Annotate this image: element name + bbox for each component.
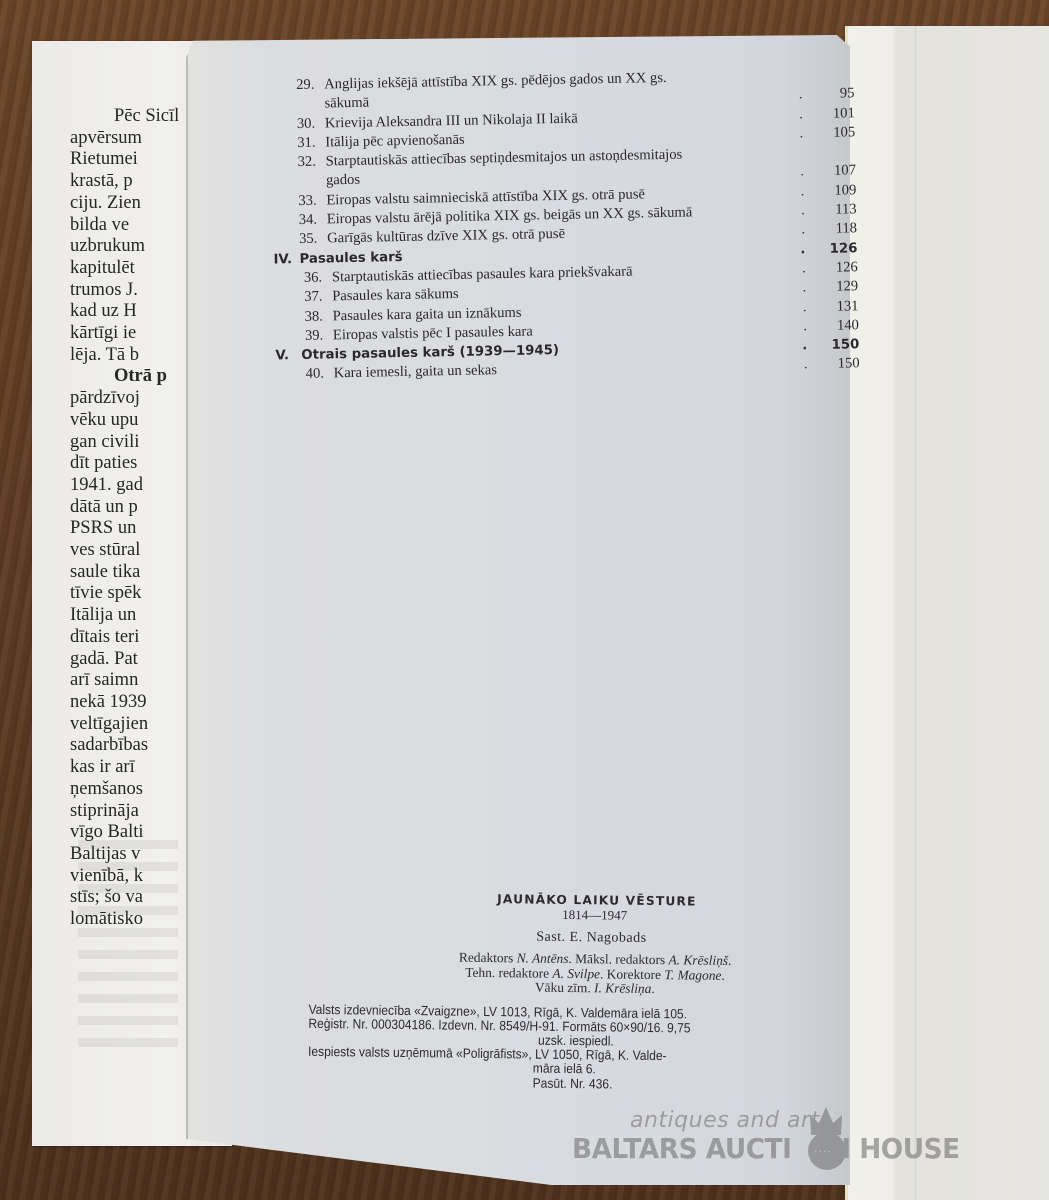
- left-page-line: vienībā, k: [70, 866, 190, 888]
- left-page-line: ves stūral: [70, 540, 190, 562]
- left-page-line: ciju. Zien: [70, 193, 190, 215]
- toc-leader-dots: .: [801, 220, 823, 240]
- left-page-line: Rietumei: [70, 149, 190, 171]
- left-page-line: kārtīgi ie: [70, 323, 190, 345]
- left-page-line: tīvie spēk: [70, 583, 190, 605]
- toc-page-number: 113: [826, 200, 856, 220]
- left-page-line: Baltijas v: [70, 844, 190, 866]
- left-page-line: saule tika: [70, 562, 190, 584]
- left-page-line: vēku upu: [70, 410, 190, 432]
- toc-page-number: 126: [828, 258, 858, 278]
- left-page-line: stīs; šo va: [70, 887, 190, 909]
- toc-leader-dots: .: [801, 201, 823, 221]
- publisher-info: Valsts izdevniecība «Zvaigzne», LV 1013,…: [308, 1002, 845, 1094]
- watermark-brand: BALTARS AUCTIN HOUSE: [572, 1132, 960, 1165]
- toc-entry-number: IV.: [273, 250, 299, 270]
- left-page-line: dīt paties: [70, 453, 190, 475]
- left-page-line: nekā 1939: [70, 692, 190, 714]
- left-page-line: 1941. gad: [70, 475, 190, 497]
- left-page-line: PSRS un: [70, 518, 190, 540]
- toc-page-number: 105: [825, 123, 855, 143]
- toc-leader-dots: .: [800, 162, 822, 182]
- toc-entry-title: Garīgās kultūras dzīve XIX gs. otrā pusē: [327, 226, 565, 247]
- toc-leader-dots: .: [803, 297, 825, 317]
- toc-entry-number: 34.: [299, 211, 327, 231]
- toc-entry-title: Itālija pēc apvienošanās: [325, 132, 465, 151]
- toc-leader-dots: .: [802, 336, 825, 356]
- toc-page-number: 129: [828, 278, 858, 298]
- toc-entry-number: 33.: [298, 191, 326, 211]
- auction-house-watermark: antiques and art BALTARS AUCTIN HOUSE: [572, 1105, 972, 1175]
- toc-page-number: 126: [827, 239, 857, 259]
- toc-page-number: 131: [828, 297, 858, 317]
- left-page-line: krastā, p: [70, 171, 190, 193]
- toc-entry-title: Otrais pasaules karš (1939—1945): [301, 343, 559, 363]
- imprint-block: JAUNĀKO LAIKU VĒSTURE 1814—1947 Sast. E.…: [298, 890, 840, 1094]
- toc-entry-title: Pasaules kara gaita un iznākums: [332, 304, 521, 324]
- left-page-line: pārdzīvoj: [70, 388, 190, 410]
- left-page-line: uzbrukum: [70, 236, 190, 258]
- cover-fold: [914, 26, 918, 1200]
- toc-entry-number: 32.: [297, 153, 325, 173]
- editorial-credits: Redaktors N. Antēns. Māksl. redaktors A.…: [351, 949, 839, 998]
- left-page-line: vīgo Balti: [70, 822, 190, 844]
- toc-page-number: 150: [829, 335, 859, 355]
- toc-leader-dots: .: [803, 317, 825, 337]
- left-page-line: arī saimn: [70, 670, 190, 692]
- toc-entry-title: Kara iemesli, gaita un sekas: [334, 363, 498, 382]
- toc-leader-dots: .: [804, 355, 826, 375]
- toc-page-number: 95: [824, 85, 854, 105]
- left-page-line: dātā un p: [70, 497, 190, 519]
- toc-leader-dots: .: [799, 105, 821, 125]
- toc-page-number: 107: [826, 162, 856, 182]
- left-page-line: kad uz H: [70, 301, 190, 323]
- toc-page-number: 140: [829, 316, 859, 336]
- toc-entry-title: Krievija Aleksandra III un Nikolaja II l…: [325, 110, 578, 131]
- left-page-line: Pēc Sicīl: [70, 106, 190, 128]
- table-of-contents: 29.Anglijas iekšējā attīstība XIX gs. pē…: [296, 65, 858, 384]
- toc-leader-dots: .: [799, 85, 821, 105]
- toc-page-number: 150: [829, 355, 859, 375]
- toc-entry-number: 36.: [304, 268, 332, 288]
- left-page-text: Pēc SicīlapvērsumRietumeikrastā, pciju. …: [70, 106, 190, 931]
- left-page-line: ņemšanos: [70, 779, 190, 801]
- watermark-tagline: antiques and art: [630, 1108, 820, 1133]
- toc-entry-number: 40.: [306, 365, 334, 385]
- left-page-line: apvērsum: [70, 128, 190, 150]
- left-page-line: dītais teri: [70, 627, 190, 649]
- toc-entry-title: Pasaules karš: [299, 250, 402, 267]
- page-edge: [186, 55, 188, 1145]
- toc-leader-dots: .: [802, 259, 824, 279]
- toc-entry-number: 29.: [296, 75, 324, 95]
- left-page-line: bilda ve: [70, 215, 190, 237]
- left-page-line: sadarbības: [70, 735, 190, 757]
- toc-entry-title: gados: [298, 172, 360, 189]
- toc-entry-number: 31.: [297, 133, 325, 153]
- toc-entry-number: V.: [275, 346, 301, 366]
- toc-page-number: 101: [825, 104, 855, 124]
- toc-entry-title: sākumā: [296, 95, 369, 112]
- toc-entry-number: 30.: [297, 114, 325, 134]
- toc-entry-number: 39.: [305, 326, 333, 346]
- left-page-line: stiprināja: [70, 801, 190, 823]
- inside-back-cover: [845, 26, 1049, 1200]
- left-page-line: lēja. Tā b: [70, 345, 190, 367]
- left-page-line: lomātisko: [70, 909, 190, 931]
- toc-page-number: 109: [826, 181, 856, 201]
- toc-entry-number: 38.: [304, 307, 332, 327]
- book-compiler: Sast. E. Nagobads: [343, 927, 839, 949]
- left-page-line: gan civili: [70, 432, 190, 454]
- toc-page-number: 118: [827, 220, 857, 240]
- left-page-line: kas ir arī: [70, 757, 190, 779]
- left-page-line: veltīgajien: [70, 714, 190, 736]
- left-page-line: trumos J.: [70, 280, 190, 302]
- left-page-line: Otrā p: [70, 366, 190, 388]
- toc-entry-title: Pasaules kara sākums: [332, 286, 459, 304]
- toc-leader-dots: .: [800, 182, 822, 202]
- toc-leader-dots: .: [799, 124, 821, 144]
- left-page-line: gadā. Pat: [70, 649, 190, 671]
- toc-leader-dots: .: [800, 240, 823, 260]
- toc-entry-title: Eiropas valstis pēc I pasaules kara: [333, 323, 533, 343]
- left-page-line: Itālija un: [70, 605, 190, 627]
- toc-leader-dots: .: [802, 278, 824, 298]
- toc-entry-number: 35.: [299, 230, 327, 250]
- toc-entry-number: 37.: [304, 288, 332, 308]
- left-page-line: kapitulēt: [70, 258, 190, 280]
